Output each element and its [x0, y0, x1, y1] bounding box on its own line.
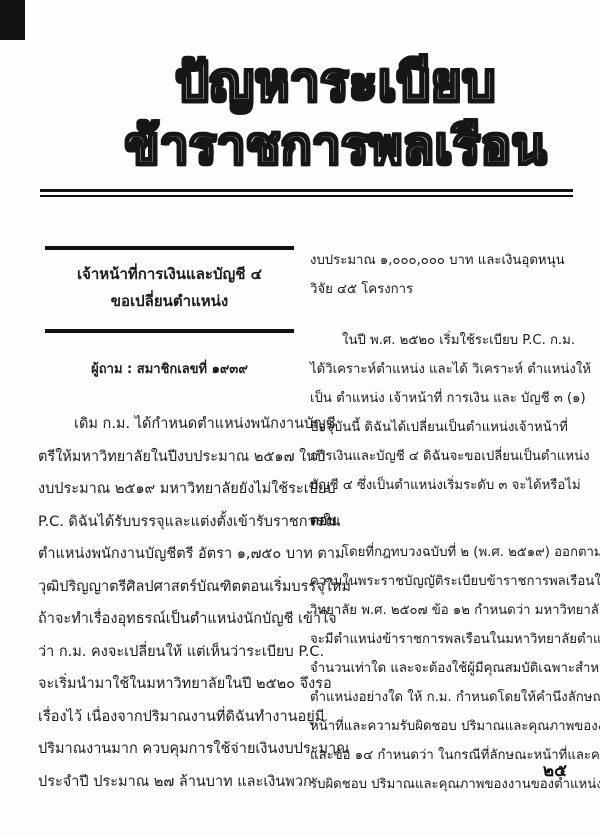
- text-line: และข้อ ๑๔ กำหนดว่า ในกรณีที่ลักษณะหน้าที…: [310, 741, 573, 770]
- masthead-title-line1: ปัญหาระเบียบ: [80, 48, 592, 118]
- text-line: ถ้าจะทำเรื่องอุทธรณ์เป็นตำแหน่งนักบัญชี …: [38, 603, 301, 636]
- text-line: วุฒิปริญญาตรีศิลปศาสตร์บัณฑิตตอนเริ่มบรร…: [38, 571, 301, 604]
- answer-label: ตอบ: [310, 510, 573, 532]
- text-line: จะเริ่มนำมาใช้ในมหาวิทยาลัยในปี ๒๕๒๐ จึง…: [38, 668, 301, 701]
- article-heading-line1: เจ้าหน้าที่การเงินและบัญชี ๔: [38, 261, 301, 288]
- question-paragraph-2: ในปี พ.ศ. ๒๕๒๐ เริ่มใช้ระเบียบ P.C. ก.ม.…: [310, 326, 573, 500]
- text-line: หน้าที่และความรับผิดชอบ ปริมาณและคุณภาพข…: [310, 712, 573, 741]
- question-paragraph: เดิม ก.ม. ได้กำหนดตำแหน่งพนักงานบัญชีตรี…: [38, 408, 301, 798]
- text-line: ประจำปี ประมาณ ๒๗ ล้านบาท และเงินพวก: [38, 766, 301, 799]
- text-line: ปริมาณงานมาก ควบคุมการใช้จ่ายเงินงบประมา…: [38, 733, 301, 766]
- article-heading: เจ้าหน้าที่การเงินและบัญชี ๔ ขอเปลี่ยนตำ…: [38, 250, 301, 329]
- text-line: ตำแหน่งพนักงานบัญชีตรี อัตรา ๑,๗๕๐ บาท ต…: [38, 538, 301, 571]
- left-column: เจ้าหน้าที่การเงินและบัญชี ๔ ขอเปลี่ยนตำ…: [38, 246, 301, 799]
- text-line: P.C. ดิฉันได้รับบรรจุและแต่งตั้งเข้ารับร…: [38, 506, 301, 539]
- text-line: การเงินและบัญชี ๔ ดิฉันจะขอเปลี่ยนเป็นตำ…: [310, 442, 573, 471]
- answer-paragraph: โดยที่กฎทบวงฉบับที่ ๒ (พ.ศ. ๒๕๑๙) ออกตาม…: [310, 538, 573, 799]
- text-line: จำนวนเท่าใด และจะต้องใช้ผู้มีคุณสมบัติเฉ…: [310, 654, 573, 683]
- text-line: งบประมาณ ๑,๐๐๐,๐๐๐ บาท และเงินอุดหนุน: [310, 246, 573, 275]
- text-line: ปัจจุบันนี้ ดิฉันได้เปลี่ยนเป็นตำแหน่งเจ…: [310, 413, 573, 442]
- text-line: รับผิดชอบ ปริมาณและคุณภาพของงานของตำแหน่…: [310, 770, 573, 799]
- question-continued-paragraph: งบประมาณ ๑,๐๐๐,๐๐๐ บาท และเงินอุดหนุนวิจ…: [310, 246, 573, 304]
- heading-rule-bottom: [45, 329, 294, 333]
- text-line: ตรีให้มหาวิทยาลัยในปีงบประมาณ ๒๕๑๗ ในปี: [38, 441, 301, 474]
- right-column: งบประมาณ ๑,๐๐๐,๐๐๐ บาท และเงินอุดหนุนวิจ…: [310, 246, 573, 799]
- two-column-body: เจ้าหน้าที่การเงินและบัญชี ๔ ขอเปลี่ยนตำ…: [38, 246, 573, 799]
- text-line: ได้วิเคราะห์ตำแหน่ง และได้ วิเคราะห์ ตำแ…: [310, 355, 573, 384]
- text-line: ความในพระราชบัญญัติระเบียบข้าราชการพลเรื…: [310, 567, 573, 596]
- masthead-title-line2: ข้าราชการพลเรือน: [80, 118, 592, 174]
- page-number: ๒๕: [543, 757, 567, 784]
- text-line: บัญชี ๔ ซึ่งเป็นตำแหน่งเริ่มระดับ ๓ จะได…: [310, 471, 573, 500]
- masthead-title: ปัญหาระเบียบ ข้าราชการพลเรือน: [80, 48, 592, 174]
- scanned-document-page: ปัญหาระเบียบ ข้าราชการพลเรือน เจ้าหน้าที…: [0, 0, 600, 837]
- text-line: ตำแหน่งอย่างใด ให้ ก.ม. กำหนดโดยให้คำนึง…: [310, 683, 573, 712]
- text-line: ในปี พ.ศ. ๒๕๒๐ เริ่มใช้ระเบียบ P.C. ก.ม.: [310, 326, 573, 355]
- text-line: โดยที่กฎทบวงฉบับที่ ๒ (พ.ศ. ๒๕๑๙) ออกตาม: [310, 538, 573, 567]
- text-line: งบประมาณ ๒๕๑๙ มหาวิทยาลัยยังไม่ใช้ระเบีย…: [38, 473, 301, 506]
- text-line: วิจัย ๔๕ โครงการ: [310, 275, 573, 304]
- masthead-double-rule: [40, 189, 573, 197]
- text-line: เรื่องไว้ เนื่องจากปริมาณงานที่ดิฉันทำงา…: [38, 701, 301, 734]
- text-line: จะมีตำแหน่งข้าราชการพลเรือนในมหาวิทยาลัย…: [310, 625, 573, 654]
- text-line: วิทยาลัย พ.ศ. ๒๕๐๗ ข้อ ๑๒ กำหนดว่า มหาวิ…: [310, 596, 573, 625]
- asker-line: ผู้ถาม : สมาชิกเลขที่ ๑๙๓๙: [38, 358, 301, 379]
- article-heading-line2: ขอเปลี่ยนตำแหน่ง: [38, 288, 301, 315]
- corner-print-mark: [0, 0, 25, 40]
- text-line: เป็น ตำแหน่ง เจ้าหน้าที่ การเงิน และ บัญ…: [310, 384, 573, 413]
- text-line: เดิม ก.ม. ได้กำหนดตำแหน่งพนักงานบัญชี: [38, 408, 301, 441]
- text-line: ว่า ก.ม. คงจะเปลี่ยนให้ แต่เห็นว่าระเบีย…: [38, 636, 301, 669]
